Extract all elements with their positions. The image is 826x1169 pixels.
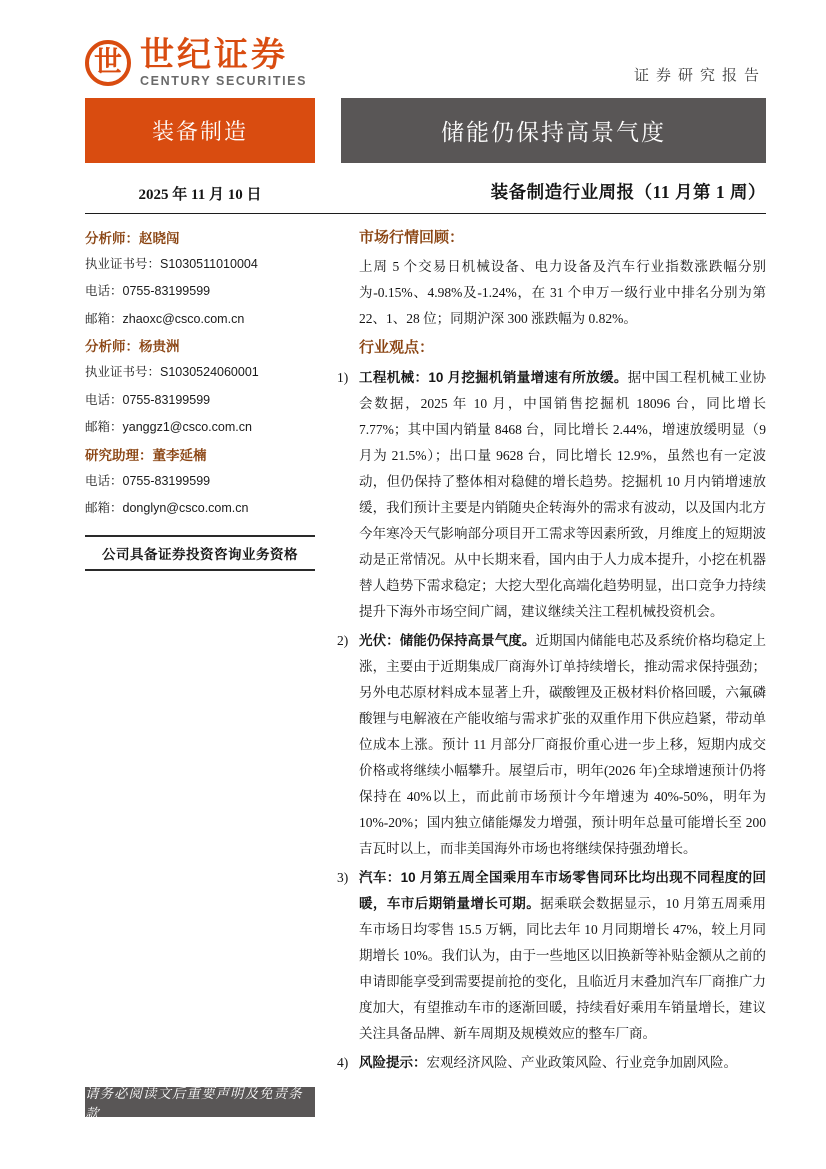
field-label: 邮箱：: [85, 501, 123, 515]
point-body: 据乘联会数据显示，10 月第五周乘用车市场日均零售 15.5 万辆，同比去年 1…: [359, 896, 766, 1041]
assistant-role-name: 研究助理：董李延楠: [85, 444, 315, 468]
banner-row: 装备制造 储能仍保持高景气度: [85, 98, 766, 163]
assistant-name: 董李延楠: [153, 448, 207, 463]
company-logo: 世 世纪证券 CENTURY SECURITIES: [85, 38, 307, 88]
point-text: 风险提示：宏观经济风险、产业政策风险、行业竞争加剧风险。: [359, 1050, 766, 1076]
point-body: 近期国内储能电芯及系统价格均稳定上涨，主要由于近期集成厂商海外订单持续增长，推动…: [359, 633, 766, 856]
point-number: 4): [337, 1050, 359, 1076]
phone-number: 0755-83199599: [123, 474, 211, 488]
field-label: 电话：: [85, 284, 123, 298]
analyst-role-name: 分析师：杨贵洲: [85, 335, 315, 359]
field-label: 电话：: [85, 474, 123, 488]
qualification-statement: 公司具备证券投资咨询业务资格: [85, 535, 315, 571]
analyst-role: 分析师：: [85, 231, 139, 246]
analyst-block: 分析师：赵晓闯 执业证书号：S1030511010004 电话：0755-831…: [85, 227, 315, 334]
field-label: 执业证书号：: [85, 365, 160, 379]
logo-circle-icon: 世: [85, 40, 131, 86]
report-type-label: 证券研究报告: [634, 64, 766, 88]
analyst-field: 邮箱：yanggz1@csco.com.cn: [85, 414, 315, 442]
point-text: 光伏：储能仍保持高景气度。近期国内储能电芯及系统价格均稳定上涨，主要由于近期集成…: [359, 628, 766, 862]
analyst-field: 电话：0755-83199599: [85, 387, 315, 415]
point-lead: 工程机械：10 月挖掘机销量增速有所放缓。: [359, 370, 628, 385]
assistant-role: 研究助理：: [85, 448, 153, 463]
point-lead: 风险提示：: [359, 1055, 427, 1070]
analyst-field: 电话：0755-83199599: [85, 278, 315, 306]
field-label: 邮箱：: [85, 312, 123, 326]
market-review-heading: 市场行情回顾：: [337, 225, 766, 252]
email-address: yanggz1@csco.com.cn: [123, 420, 252, 434]
phone-number: 0755-83199599: [123, 284, 211, 298]
analyst-field: 邮箱：donglyn@csco.com.cn: [85, 495, 315, 523]
analyst-role-name: 分析师：赵晓闯: [85, 227, 315, 251]
analyst-name: 赵晓闯: [139, 231, 180, 246]
email-address: donglyn@csco.com.cn: [123, 501, 249, 515]
report-body: 市场行情回顾： 上周 5 个交易日机械设备、电力设备及汽车行业指数涨跌幅分别为-…: [337, 225, 766, 1076]
analyst-field: 电话：0755-83199599: [85, 468, 315, 496]
industry-point-machinery: 1) 工程机械：10 月挖掘机销量增速有所放缓。据中国工程机械工业协会数据，20…: [337, 365, 766, 625]
field-label: 电话：: [85, 393, 123, 407]
cert-number: S1030524060001: [160, 365, 259, 379]
report-headline-banner: 储能仍保持高景气度: [341, 98, 766, 163]
analyst-field: 邮箱：zhaoxc@csco.com.cn: [85, 306, 315, 334]
industry-category-badge: 装备制造: [85, 98, 315, 163]
field-label: 执业证书号：: [85, 257, 160, 271]
phone-number: 0755-83199599: [123, 393, 211, 407]
company-name-en: CENTURY SECURITIES: [140, 74, 307, 88]
assistant-block: 研究助理：董李延楠 电话：0755-83199599 邮箱：donglyn@cs…: [85, 444, 315, 523]
research-report-page: 世 世纪证券 CENTURY SECURITIES 证券研究报告 装备制造 储能…: [0, 0, 826, 1169]
disclaimer-banner: 请务必阅读文后重要声明及免责条款: [85, 1087, 315, 1117]
report-title: 装备制造行业周报（11 月第 1 周）: [315, 179, 766, 204]
analyst-block: 分析师：杨贵洲 执业证书号：S1030524060001 电话：0755-831…: [85, 335, 315, 442]
point-number: 2): [337, 628, 359, 862]
report-date: 2025 年 11 月 10 日: [85, 183, 315, 204]
company-name-cn: 世纪证券: [140, 38, 307, 74]
industry-views-heading: 行业观点：: [337, 335, 766, 362]
point-text: 汽车：10 月第五周全国乘用车市场零售同环比均出现不同程度的回暖，车市后期销量增…: [359, 865, 766, 1047]
logo-text: 世纪证券 CENTURY SECURITIES: [140, 38, 307, 88]
market-review-paragraph: 上周 5 个交易日机械设备、电力设备及汽车行业指数涨跌幅分别为-0.15%、4.…: [337, 254, 766, 332]
industry-points-list: 1) 工程机械：10 月挖掘机销量增速有所放缓。据中国工程机械工业协会数据，20…: [337, 365, 766, 1076]
email-address: zhaoxc@csco.com.cn: [123, 312, 245, 326]
field-label: 邮箱：: [85, 420, 123, 434]
industry-point-auto: 3) 汽车：10 月第五周全国乘用车市场零售同环比均出现不同程度的回暖，车市后期…: [337, 865, 766, 1047]
analyst-field: 执业证书号：S1030511010004: [85, 251, 315, 279]
point-number: 1): [337, 365, 359, 625]
analyst-name: 杨贵洲: [139, 339, 180, 354]
analyst-field: 执业证书号：S1030524060001: [85, 359, 315, 387]
point-body: 据中国工程机械工业协会数据，2025 年 10 月，中国销售挖掘机 18096 …: [359, 370, 766, 619]
analyst-role: 分析师：: [85, 339, 139, 354]
title-row: 2025 年 11 月 10 日 装备制造行业周报（11 月第 1 周）: [85, 179, 766, 214]
content-columns: 分析师：赵晓闯 执业证书号：S1030511010004 电话：0755-831…: [85, 225, 766, 1076]
analyst-sidebar: 分析师：赵晓闯 执业证书号：S1030511010004 电话：0755-831…: [85, 225, 315, 1076]
point-number: 3): [337, 865, 359, 1047]
risk-warning-point: 4) 风险提示：宏观经济风险、产业政策风险、行业竞争加剧风险。: [337, 1050, 766, 1076]
industry-point-solar-storage: 2) 光伏：储能仍保持高景气度。近期国内储能电芯及系统价格均稳定上涨，主要由于近…: [337, 628, 766, 862]
cert-number: S1030511010004: [160, 257, 258, 271]
point-text: 工程机械：10 月挖掘机销量增速有所放缓。据中国工程机械工业协会数据，2025 …: [359, 365, 766, 625]
point-body: 宏观经济风险、产业政策风险、行业竞争加剧风险。: [427, 1055, 738, 1070]
header: 世 世纪证券 CENTURY SECURITIES 证券研究报告: [85, 38, 766, 88]
point-lead: 光伏：储能仍保持高景气度。: [359, 633, 535, 648]
